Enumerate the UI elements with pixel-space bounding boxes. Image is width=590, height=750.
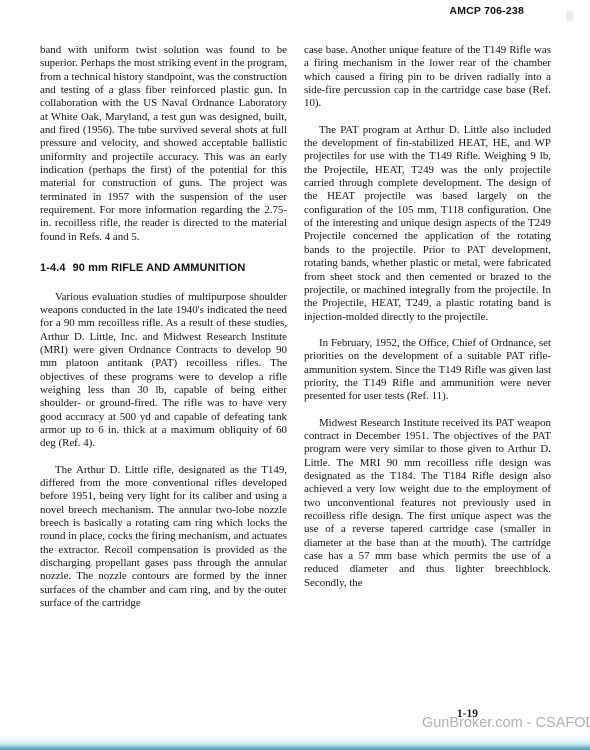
document-page: AMCP 706-238 band with uniform twist sol…: [0, 0, 590, 750]
paragraph: Various evaluation studies of multipurpo…: [40, 291, 287, 451]
section-title: 90 mm RIFLE AND AMMUNITION: [73, 262, 246, 274]
two-column-body: band with uniform twist solution was fou…: [40, 44, 551, 623]
right-column: case base. Another unique feature of the…: [304, 44, 551, 623]
page-number: 1-19: [457, 708, 478, 720]
section-heading: 1-4.490 mm RIFLE AND AMMUNITION: [40, 262, 287, 275]
scan-artifact: [566, 11, 573, 21]
section-number: 1-4.4: [40, 262, 66, 274]
paragraph: The Arthur D. Little rifle, designated a…: [40, 464, 287, 611]
paragraph: In February, 1952, the Office, Chief of …: [304, 337, 551, 404]
paragraph: Midwest Research Institute received its …: [304, 417, 551, 590]
left-column: band with uniform twist solution was fou…: [40, 44, 287, 623]
paragraph: The PAT program at Arthur D. Little also…: [304, 124, 551, 324]
paragraph: band with uniform twist solution was fou…: [40, 44, 287, 244]
bottom-gradient-bar: [0, 734, 590, 750]
doc-number: AMCP 706-238: [449, 5, 524, 17]
watermark: GunBroker.com - CSAFOD: [422, 715, 590, 731]
paragraph: case base. Another unique feature of the…: [304, 44, 551, 111]
